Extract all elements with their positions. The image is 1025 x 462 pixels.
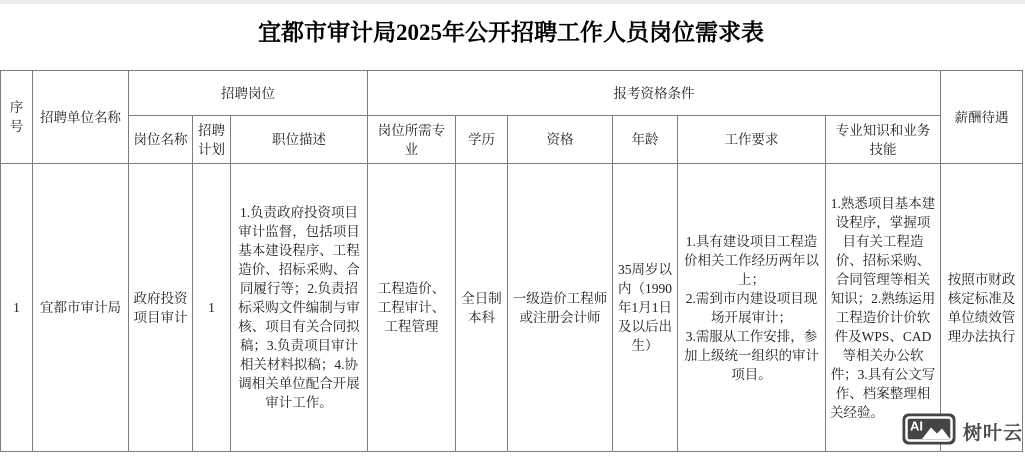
page-title: 宜都市审计局2025年公开招聘工作人员岗位需求表 xyxy=(0,18,1022,48)
recruitment-table: 序号 招聘单位名称 招聘岗位 报考资格条件 薪酬待遇 岗位名称 招聘计划 职位描… xyxy=(0,70,1023,452)
cell-job-name: 政府投资项目审计 xyxy=(129,164,193,452)
top-strip xyxy=(0,0,1025,4)
cell-education: 全日制本科 xyxy=(456,164,508,452)
header-education: 学历 xyxy=(456,116,508,164)
header-serial: 序号 xyxy=(1,71,33,164)
cell-work-requirements: 1.具有建设项目工程造价相关工作经历两年以上； 2.需到市内建设项目现场开展审计… xyxy=(678,164,826,452)
watermark: AI 树叶云 xyxy=(902,413,1023,450)
header-job-name: 岗位名称 xyxy=(129,116,193,164)
header-qualification: 资格 xyxy=(508,116,613,164)
header-job-desc: 职位描述 xyxy=(231,116,368,164)
cell-age: 35周岁以内（1990年1月1日及以后出生） xyxy=(613,164,678,452)
cell-salary: 按照市财政核定标准及单位绩效管理办法执行 xyxy=(941,164,1023,452)
header-unit: 招聘单位名称 xyxy=(33,71,129,164)
header-plan: 招聘计划 xyxy=(193,116,231,164)
cell-qualification: 一级造价工程师或注册会计师 xyxy=(508,164,613,452)
ai-image-icon: AI xyxy=(902,413,956,450)
header-salary: 薪酬待遇 xyxy=(941,71,1023,164)
header-age: 年龄 xyxy=(613,116,678,164)
cell-skills: 1.熟悉项目基本建设程序，掌握项目有关工程造价、招标采购、合同管理等相关知识；2… xyxy=(826,164,941,452)
watermark-text: 树叶云 xyxy=(963,418,1023,445)
table-row: 1 宜都市审计局 政府投资项目审计 1 1.负责政府投资项目审计监督，包括项目基… xyxy=(1,164,1023,452)
header-qualification-group: 报考资格条件 xyxy=(368,71,941,116)
header-work-requirements: 工作要求 xyxy=(678,116,826,164)
cell-major: 工程造价、工程审计、工程管理 xyxy=(368,164,456,452)
cell-unit: 宜都市审计局 xyxy=(33,164,129,452)
cell-job-desc: 1.负责政府投资项目审计监督，包括项目基本建设程序、工程造价、招标采购、合同履行… xyxy=(231,164,368,452)
header-major: 岗位所需专业 xyxy=(368,116,456,164)
header-job-group: 招聘岗位 xyxy=(129,71,368,116)
cell-plan: 1 xyxy=(193,164,231,452)
cell-serial: 1 xyxy=(1,164,33,452)
watermark-icon-label: AI xyxy=(910,419,923,434)
header-skills: 专业知识和业务技能 xyxy=(826,116,941,164)
